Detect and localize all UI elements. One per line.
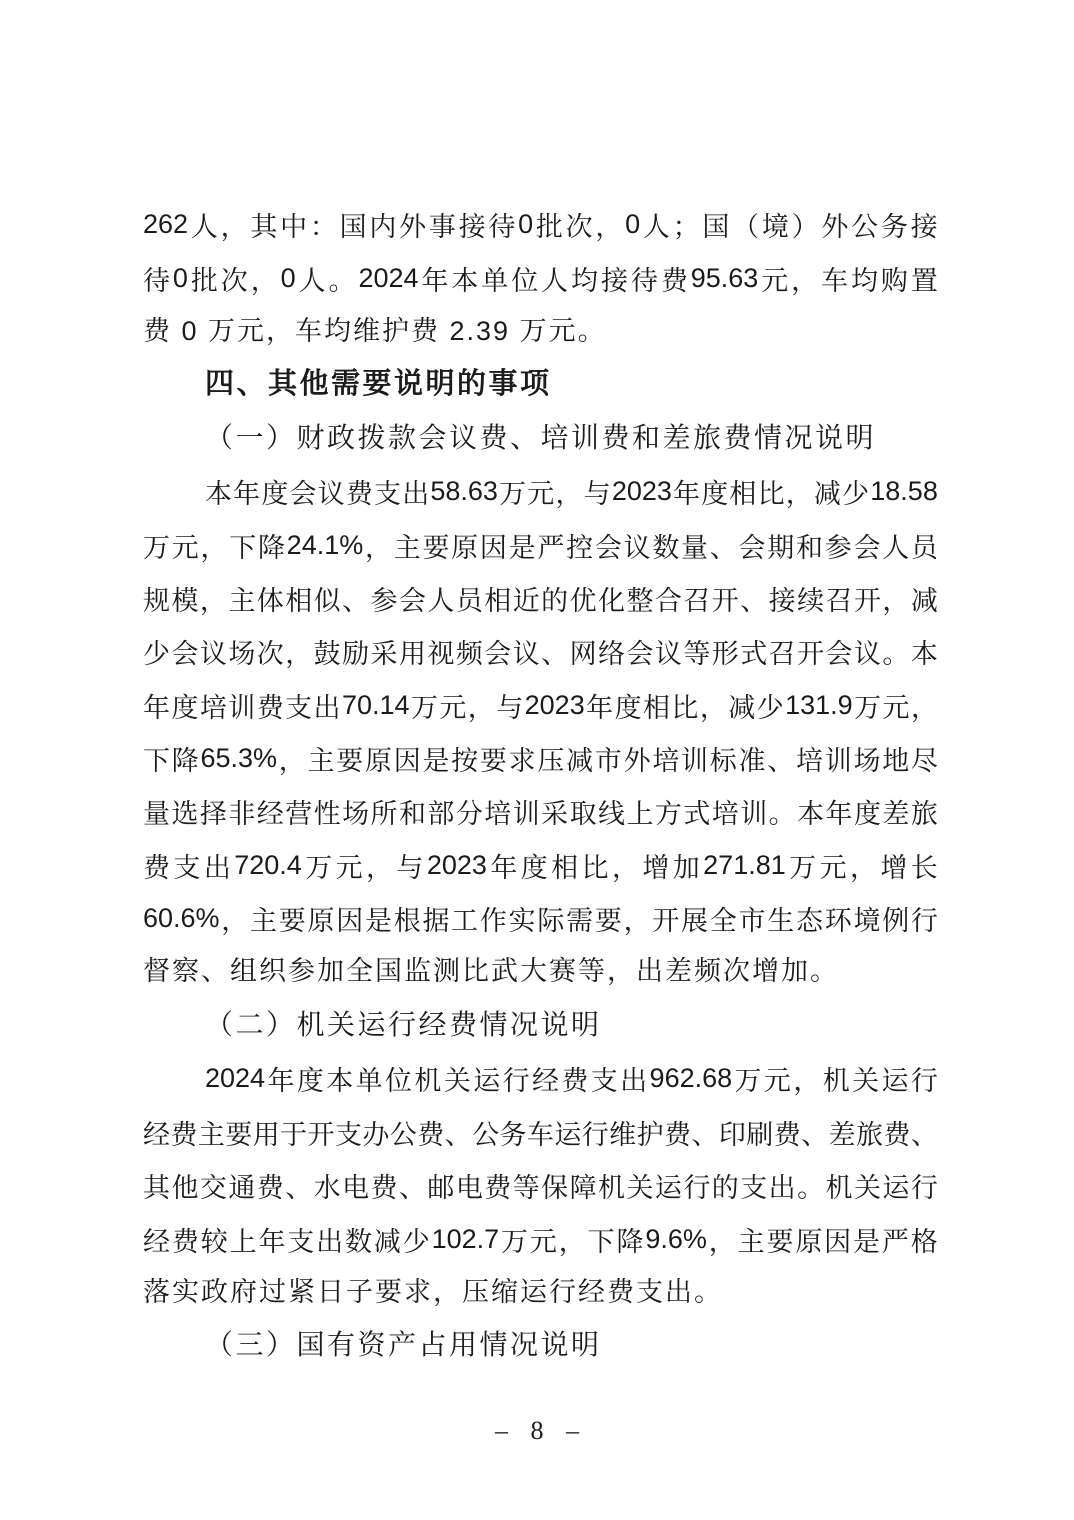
paragraph-line: 量选择非经营性场所和部分培训采取线上方式培训。本年度差旅 <box>143 785 938 838</box>
subsection-heading: （二）机关运行经费情况说明 <box>143 999 938 1052</box>
page-number: – 8 – <box>0 1416 1074 1446</box>
paragraph-line: 待0批次，0人。2024年本单位人均接待费95.63元，车均购置 <box>143 251 938 304</box>
subsection-heading: （三）国有资产占用情况说明 <box>143 1319 938 1372</box>
paragraph-line: 督察、组织参加全国监测比武大赛等，出差频次增加。 <box>143 945 938 998</box>
paragraph-line: 落实政府过紧日子要求，压缩运行经费支出。 <box>143 1266 938 1319</box>
document-body: 262人，其中：国内外事接待0批次，0人；国（境）外公务接待0批次，0人。202… <box>143 198 938 1373</box>
paragraph-line: 其他交通费、水电费、邮电费等保障机关运行的支出。机关运行 <box>143 1159 938 1212</box>
paragraph-line: 下降65.3%，主要原因是按要求压减市外培训标准、培训场地尽 <box>143 732 938 785</box>
paragraph-line: 2024年度本单位机关运行经费支出962.68万元，机关运行 <box>143 1052 938 1105</box>
paragraph-line: 262人，其中：国内外事接待0批次，0人；国（境）外公务接 <box>143 198 938 251</box>
section-heading: 四、其他需要说明的事项 <box>143 358 938 411</box>
paragraph-line: 费 0 万元，车均维护费 2.39 万元。 <box>143 305 938 358</box>
paragraph-line: 60.6%，主要原因是根据工作实际需要，开展全市生态环境例行 <box>143 892 938 945</box>
paragraph-line: 年度培训费支出70.14万元，与2023年度相比，减少131.9万元， <box>143 679 938 732</box>
paragraph-line: 万元，下降24.1%，主要原因是严控会议数量、会期和参会人员 <box>143 518 938 571</box>
subsection-heading: （一）财政拨款会议费、培训费和差旅费情况说明 <box>143 412 938 465</box>
paragraph-line: 本年度会议费支出58.63万元，与2023年度相比，减少18.58 <box>143 465 938 518</box>
paragraph-line: 费支出720.4万元，与2023年度相比，增加271.81万元，增长 <box>143 839 938 892</box>
paragraph-line: 经费较上年支出数减少102.7万元，下降9.6%，主要原因是严格 <box>143 1212 938 1265</box>
paragraph-line: 规模，主体相似、参会人员相近的优化整合召开、接续召开，减 <box>143 572 938 625</box>
paragraph-line: 经费主要用于开支办公费、公务车运行维护费、印刷费、差旅费、 <box>143 1106 938 1159</box>
paragraph-line: 少会议场次，鼓励采用视频会议、网络会议等形式召开会议。本 <box>143 625 938 678</box>
document-page: 262人，其中：国内外事接待0批次，0人；国（境）外公务接待0批次，0人。202… <box>0 0 1074 1520</box>
